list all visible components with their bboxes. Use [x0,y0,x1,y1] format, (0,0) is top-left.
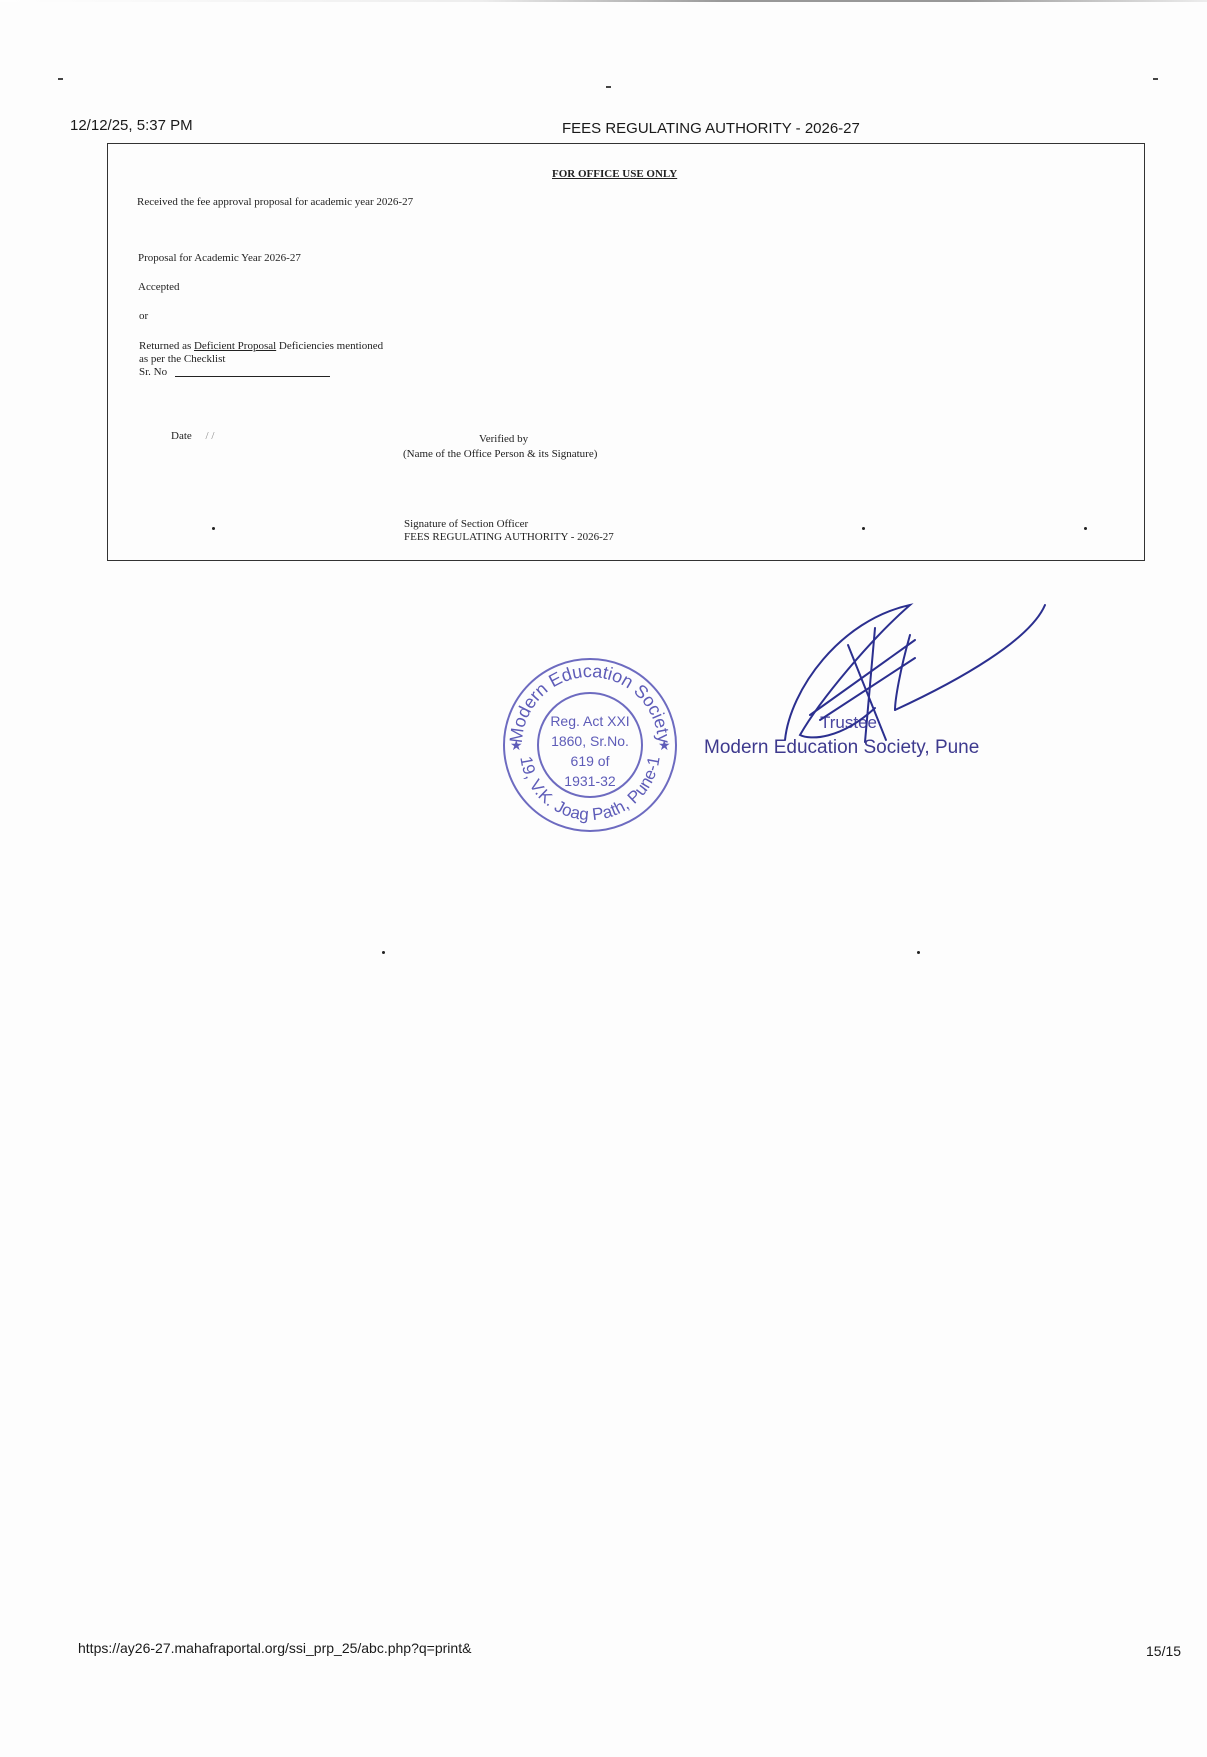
scan-edge [0,0,1207,2]
deficient-proposal-text: Deficient Proposal [194,340,276,352]
returned-line: Returned as Deficient Proposal Deficienc… [139,340,383,352]
verified-note: (Name of the Office Person & its Signatu… [403,448,597,460]
signature-label: Signature of Section Officer [404,518,528,530]
stamp-inner-line: Reg. Act XXI [550,713,629,729]
page-header-title: FEES REGULATING AUTHORITY - 2026-27 [562,120,860,137]
sr-no-field: Sr. No [139,366,330,378]
print-timestamp: 12/12/25, 5:37 PM [70,117,193,134]
office-use-box: FOR OFFICE USE ONLY Received the fee app… [107,143,1145,561]
footer-url: https://ay26-27.mahafraportal.org/ssi_pr… [78,1640,471,1656]
scan-dot [862,527,865,530]
stamp-inner-line: 1860, Sr.No. [551,733,629,749]
checklist-line: as per the Checklist [139,353,225,365]
verified-by-label: Verified by [479,433,528,445]
page-number: 15/15 [1146,1643,1181,1659]
sr-no-label: Sr. No [139,366,167,378]
handwritten-signature [690,600,1070,760]
scan-dot [382,951,385,954]
stamp-inner-line: 619 of [571,753,610,769]
returned-suffix: Deficiencies mentioned [276,340,383,352]
sr-no-blank [175,376,330,377]
date-value: / / [206,430,215,442]
or-label: or [139,310,148,322]
scan-dot [917,951,920,954]
stamp-inner-line: 1931-32 [564,773,616,789]
proposal-line: Proposal for Academic Year 2026-27 [138,252,301,264]
star-icon: ★ [658,737,671,753]
scan-speck [606,86,611,88]
star-icon: ★ [510,737,523,753]
scan-speck [1153,78,1158,80]
stamp-outer-top: Modern Education Society [506,661,674,744]
scan-speck [58,78,63,80]
accepted-label: Accepted [138,281,180,293]
office-use-heading: FOR OFFICE USE ONLY [552,168,677,180]
society-seal-stamp: Modern Education Society 19, V.K. Joag P… [500,650,680,840]
signature-org: FEES REGULATING AUTHORITY - 2026-27 [404,531,614,543]
returned-prefix: Returned as [139,340,194,352]
date-field: Date / / [171,430,214,442]
received-line: Received the fee approval proposal for a… [137,196,413,208]
scan-dot [212,527,215,530]
organization-name: Modern Education Society, Pune [704,737,979,759]
date-label: Date [171,430,192,442]
scan-dot [1084,527,1087,530]
